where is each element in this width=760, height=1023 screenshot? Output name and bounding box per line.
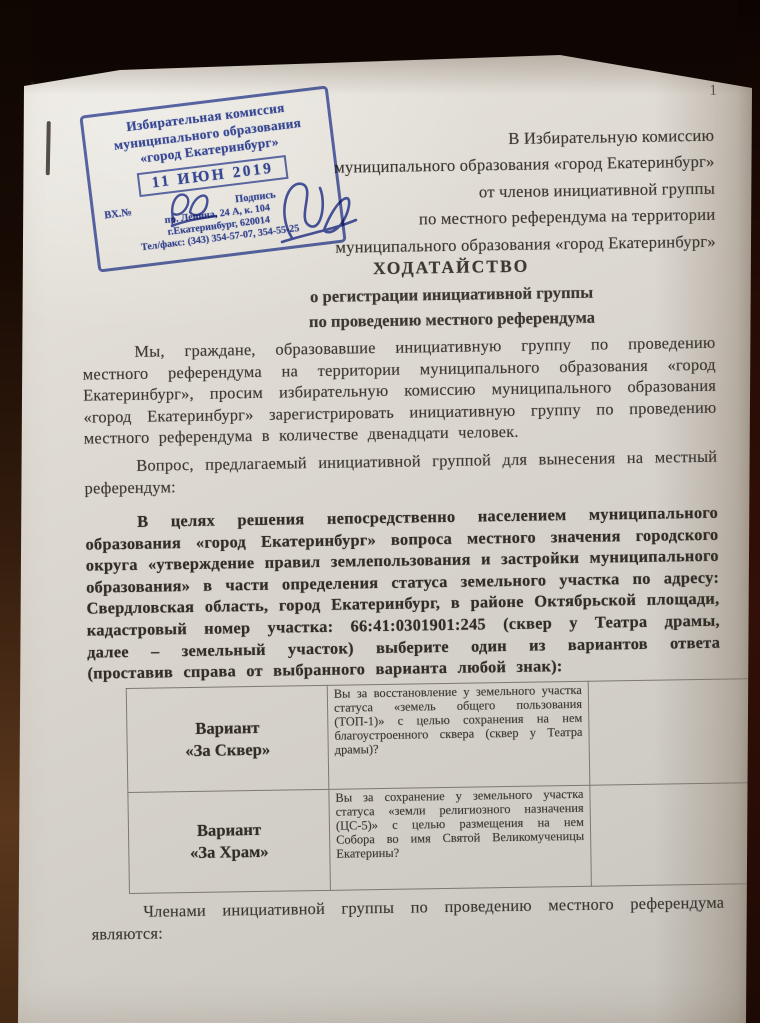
option-cell: Вариант «За Храм»: [128, 789, 331, 893]
question-cell: Вы за сохранение у земельного участка ст…: [329, 785, 592, 890]
paragraph-referendum-question: В целях решения непосредственно населени…: [85, 502, 721, 685]
stamp-incoming-number-label: ВХ.№: [104, 207, 133, 221]
document-title: ХОДАТАЙСТВО о регистрации инициативной г…: [186, 251, 717, 336]
staple-mark: [46, 121, 51, 175]
option-name: Вариант: [133, 715, 321, 740]
paragraph-question-intro: Вопрос, предлагаемый инициативной группо…: [84, 446, 718, 499]
paragraph-members-intro: Членами инициативной группы по проведени…: [91, 892, 725, 945]
question-cell: Вы за восстановление у земельного участк…: [327, 681, 590, 789]
option-name: Вариант: [135, 818, 323, 843]
election-commission-stamp: Избирательная комиссия муниципального об…: [79, 85, 346, 272]
document-page: 1 В Избирательную комиссию муниципальног…: [0, 0, 760, 1023]
option-name: «За Сквер»: [134, 737, 322, 762]
paragraph-request: Мы, граждане, образовавшие инициативную …: [82, 332, 717, 450]
option-name: «За Храм»: [135, 840, 323, 865]
referendum-options-table: Вариант «За Сквер» Вы за восстановление …: [126, 678, 755, 894]
table-row: Вариант «За Храм» Вы за сохранение у зем…: [128, 783, 755, 894]
option-cell: Вариант «За Сквер»: [126, 685, 329, 792]
answer-cell: [588, 679, 753, 786]
answer-cell: [590, 783, 755, 887]
photo-background: 1 В Избирательную комиссию муниципальног…: [0, 0, 760, 1023]
page-number: 1: [709, 83, 717, 100]
table-row: Вариант «За Сквер» Вы за восстановление …: [126, 679, 753, 793]
